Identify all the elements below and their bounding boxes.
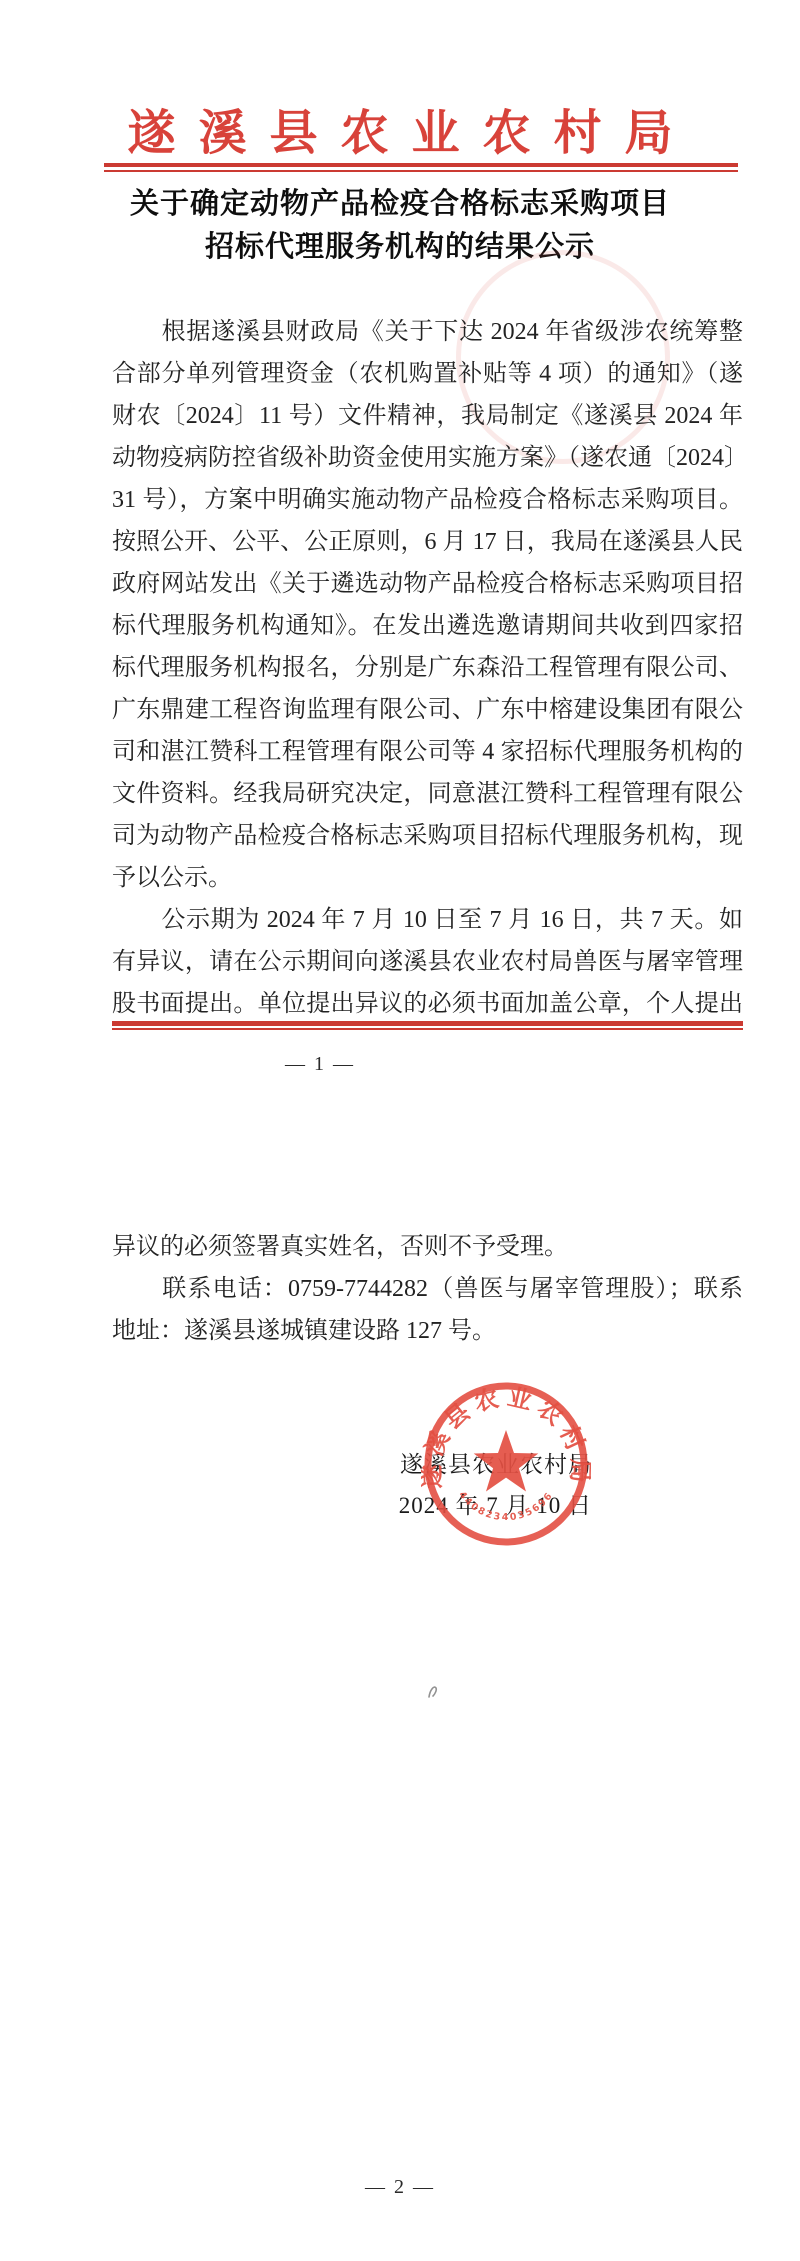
- text-line: 广东鼎建工程咨询监理有限公司、广东中榕建设集团有限公: [112, 689, 743, 731]
- text-line: 财农〔2024〕11 号）文件精神，我局制定《遂溪县 2024 年: [112, 395, 743, 437]
- document-title-line2: 招标代理服务机构的结果公示: [0, 226, 800, 269]
- letterhead-agency-name: 遂溪县农业农村局: [0, 94, 800, 163]
- paragraph: 联系电话：0759-7744282（兽医与屠宰管理股）；联系地址：遂溪县遂城镇建…: [112, 1268, 743, 1352]
- paragraph: 异议的必须签署真实姓名，否则不予受理。: [112, 1226, 743, 1268]
- stray-ink-mark: [426, 1682, 440, 1700]
- text-line: 予以公示。: [112, 857, 743, 899]
- text-line: 地址：遂溪县遂城镇建设路 127 号。: [112, 1310, 743, 1352]
- text-line: 股书面提出。单位提出异议的必须书面加盖公章，个人提出: [112, 983, 743, 1025]
- text-line: 根据遂溪县财政局《关于下达 2024 年省级涉农统筹整: [112, 311, 743, 353]
- document-title: 关于确定动物产品检疫合格标志采购项目 招标代理服务机构的结果公示: [0, 183, 800, 269]
- text-line: 司和湛江赞科工程管理有限公司等 4 家招标代理服务机构的: [112, 731, 743, 773]
- scanned-official-notice: { "colors": { "header_red": "#d8423a", "…: [0, 0, 800, 2261]
- document-title-line1: 关于确定动物产品检疫合格标志采购项目: [0, 183, 800, 226]
- page1-body: 根据遂溪县财政局《关于下达 2024 年省级涉农统筹整合部分单列管理资金（农机购…: [112, 311, 743, 1025]
- paragraph: 根据遂溪县财政局《关于下达 2024 年省级涉农统筹整合部分单列管理资金（农机购…: [112, 311, 743, 899]
- page1-bottom-red-line: [112, 1021, 743, 1030]
- text-line: 联系电话：0759-7744282（兽医与屠宰管理股）；联系: [112, 1268, 743, 1310]
- text-line: 动物疫病防控省级补助资金使用实施方案》（遂农通〔2024〕: [112, 437, 743, 479]
- text-line: 有异议，请在公示期间向遂溪县农业农村局兽医与屠宰管理: [112, 941, 743, 983]
- seal-code-text: 4408234035696: [456, 1490, 556, 1524]
- paragraph: 公示期为 2024 年 7 月 10 日至 7 月 16 日，共 7 天。如有异…: [112, 899, 743, 1025]
- text-line: 31 号），方案中明确实施动物产品检疫合格标志采购项目。: [112, 479, 743, 521]
- page2-body: 异议的必须签署真实姓名，否则不予受理。 联系电话：0759-7744282（兽医…: [112, 1226, 743, 1352]
- text-line: 异议的必须签署真实姓名，否则不予受理。: [112, 1226, 743, 1268]
- text-line: 公示期为 2024 年 7 月 10 日至 7 月 16 日，共 7 天。如: [112, 899, 743, 941]
- text-line: 政府网站发出《关于遴选动物产品检疫合格标志采购项目招: [112, 563, 743, 605]
- text-line: 司为动物产品检疫合格标志采购项目招标代理服务机构，现: [112, 815, 743, 857]
- letterhead-divider-line: [104, 163, 738, 172]
- seal-star-icon: [474, 1430, 539, 1492]
- text-line: 标代理服务机构通知》。在发出遴选邀请期间共收到四家招: [112, 605, 743, 647]
- text-line: 合部分单列管理资金（农机购置补贴等 4 项）的通知》（遂: [112, 353, 743, 395]
- text-line: 按照公开、公平、公正原则，6 月 17 日，我局在遂溪县人民: [112, 521, 743, 563]
- page2-number: — 2 —: [0, 2176, 800, 2199]
- page1-number: — 1 —: [0, 1053, 640, 1076]
- text-line: 标代理服务机构报名，分别是广东森沿工程管理有限公司、: [112, 647, 743, 689]
- text-line: 文件资料。经我局研究决定，同意湛江赞科工程管理有限公: [112, 773, 743, 815]
- official-seal: 遂溪县农业农村局 4408234035696: [421, 1379, 591, 1549]
